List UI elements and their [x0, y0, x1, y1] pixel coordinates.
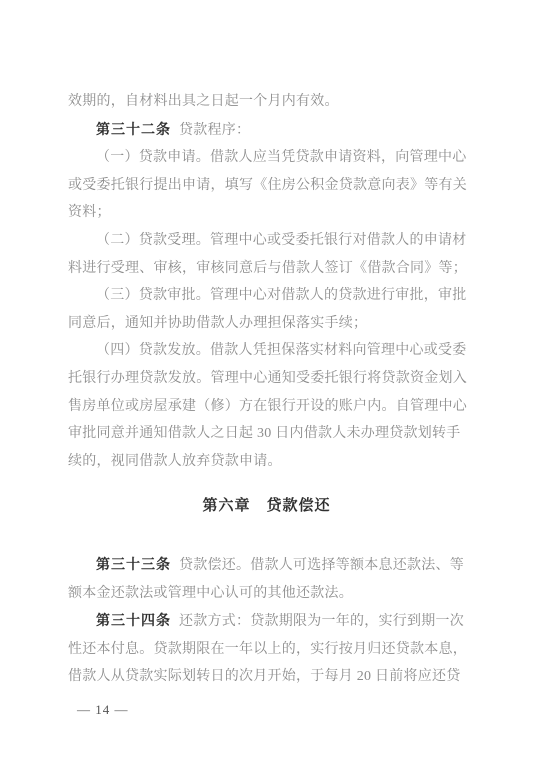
article-34-opening-line: 第三十四条还款方式：贷款期限为一年的，实行到期一次	[68, 607, 493, 636]
document-page: 效期的，自材料出具之日起一个月内有效。 第三十二条贷款程序： （一）贷款申请。借…	[0, 0, 533, 757]
article-34-line3: 借款人从贷款实际划转日的次月开始，于每月 20 日前将应还贷	[68, 663, 493, 691]
article-33-label: 第三十三条	[96, 556, 171, 572]
article-32-item4-line1: （四）贷款发放。借款人凭担保落实材料向管理中心或受委	[68, 337, 493, 365]
article-34-label: 第三十四条	[96, 612, 171, 628]
article-32-item2-line2: 料进行受理、审核，审核同意后与借款人签订《借款合同》等；	[68, 255, 493, 283]
article-32-label: 第三十二条	[96, 121, 171, 137]
article-32-title: 贷款程序：	[179, 123, 250, 138]
article-33-text: 贷款偿还。借款人可选择等额本息还款法、等	[179, 558, 464, 573]
article-32-item1-line1: （一）贷款申请。借款人应当凭贷款申请资料，向管理中心	[68, 144, 493, 172]
article-32-item4-line3: 售房单位或房屋承建（修）方在银行开设的账户内。自管理中心	[68, 393, 493, 421]
paragraph-continuation-line: 效期的，自材料出具之日起一个月内有效。	[68, 88, 493, 116]
article-32-item4-line4: 审批同意并通知借款人之日起 30 日内借款人未办理贷款划转手	[68, 420, 493, 448]
article-32-item3-line2: 同意后，通知并协助借款人办理担保落实手续；	[68, 310, 493, 338]
article-32-item2-line1: （二）贷款受理。管理中心或受委托银行对借款人的申请材	[68, 227, 493, 255]
page-number: — 14 —	[77, 700, 493, 720]
article-32-item4-line5: 续的，视同借款人放弃贷款申请。	[68, 448, 493, 476]
article-32-item4-line2: 托银行办理贷款发放。管理中心通知受委托银行将贷款资金划入	[68, 365, 493, 393]
article-33-line2: 额本金还款法或管理中心认可的其他还款法。	[68, 580, 493, 608]
article-33-opening-line: 第三十三条贷款偿还。借款人可选择等额本息还款法、等	[68, 551, 493, 580]
chapter-6-heading: 第六章 贷款偿还	[0, 492, 533, 520]
article-32-item1-line3: 资料；	[68, 199, 493, 227]
article-32-item1-line2: 或受委托银行提出申请，填写《住房公积金贷款意向表》等有关	[68, 172, 493, 200]
article-32-opening-line: 第三十二条贷款程序：	[68, 116, 493, 145]
article-34-line2: 性还本付息。贷款期限在一年以上的，实行按月归还贷款本息，	[68, 636, 493, 664]
document-body: 效期的，自材料出具之日起一个月内有效。 第三十二条贷款程序： （一）贷款申请。借…	[0, 0, 533, 720]
article-32-item3-line1: （三）贷款审批。管理中心对借款人的贷款进行审批，审批	[68, 282, 493, 310]
article-34-text: 还款方式：贷款期限为一年的，实行到期一次	[179, 614, 464, 629]
